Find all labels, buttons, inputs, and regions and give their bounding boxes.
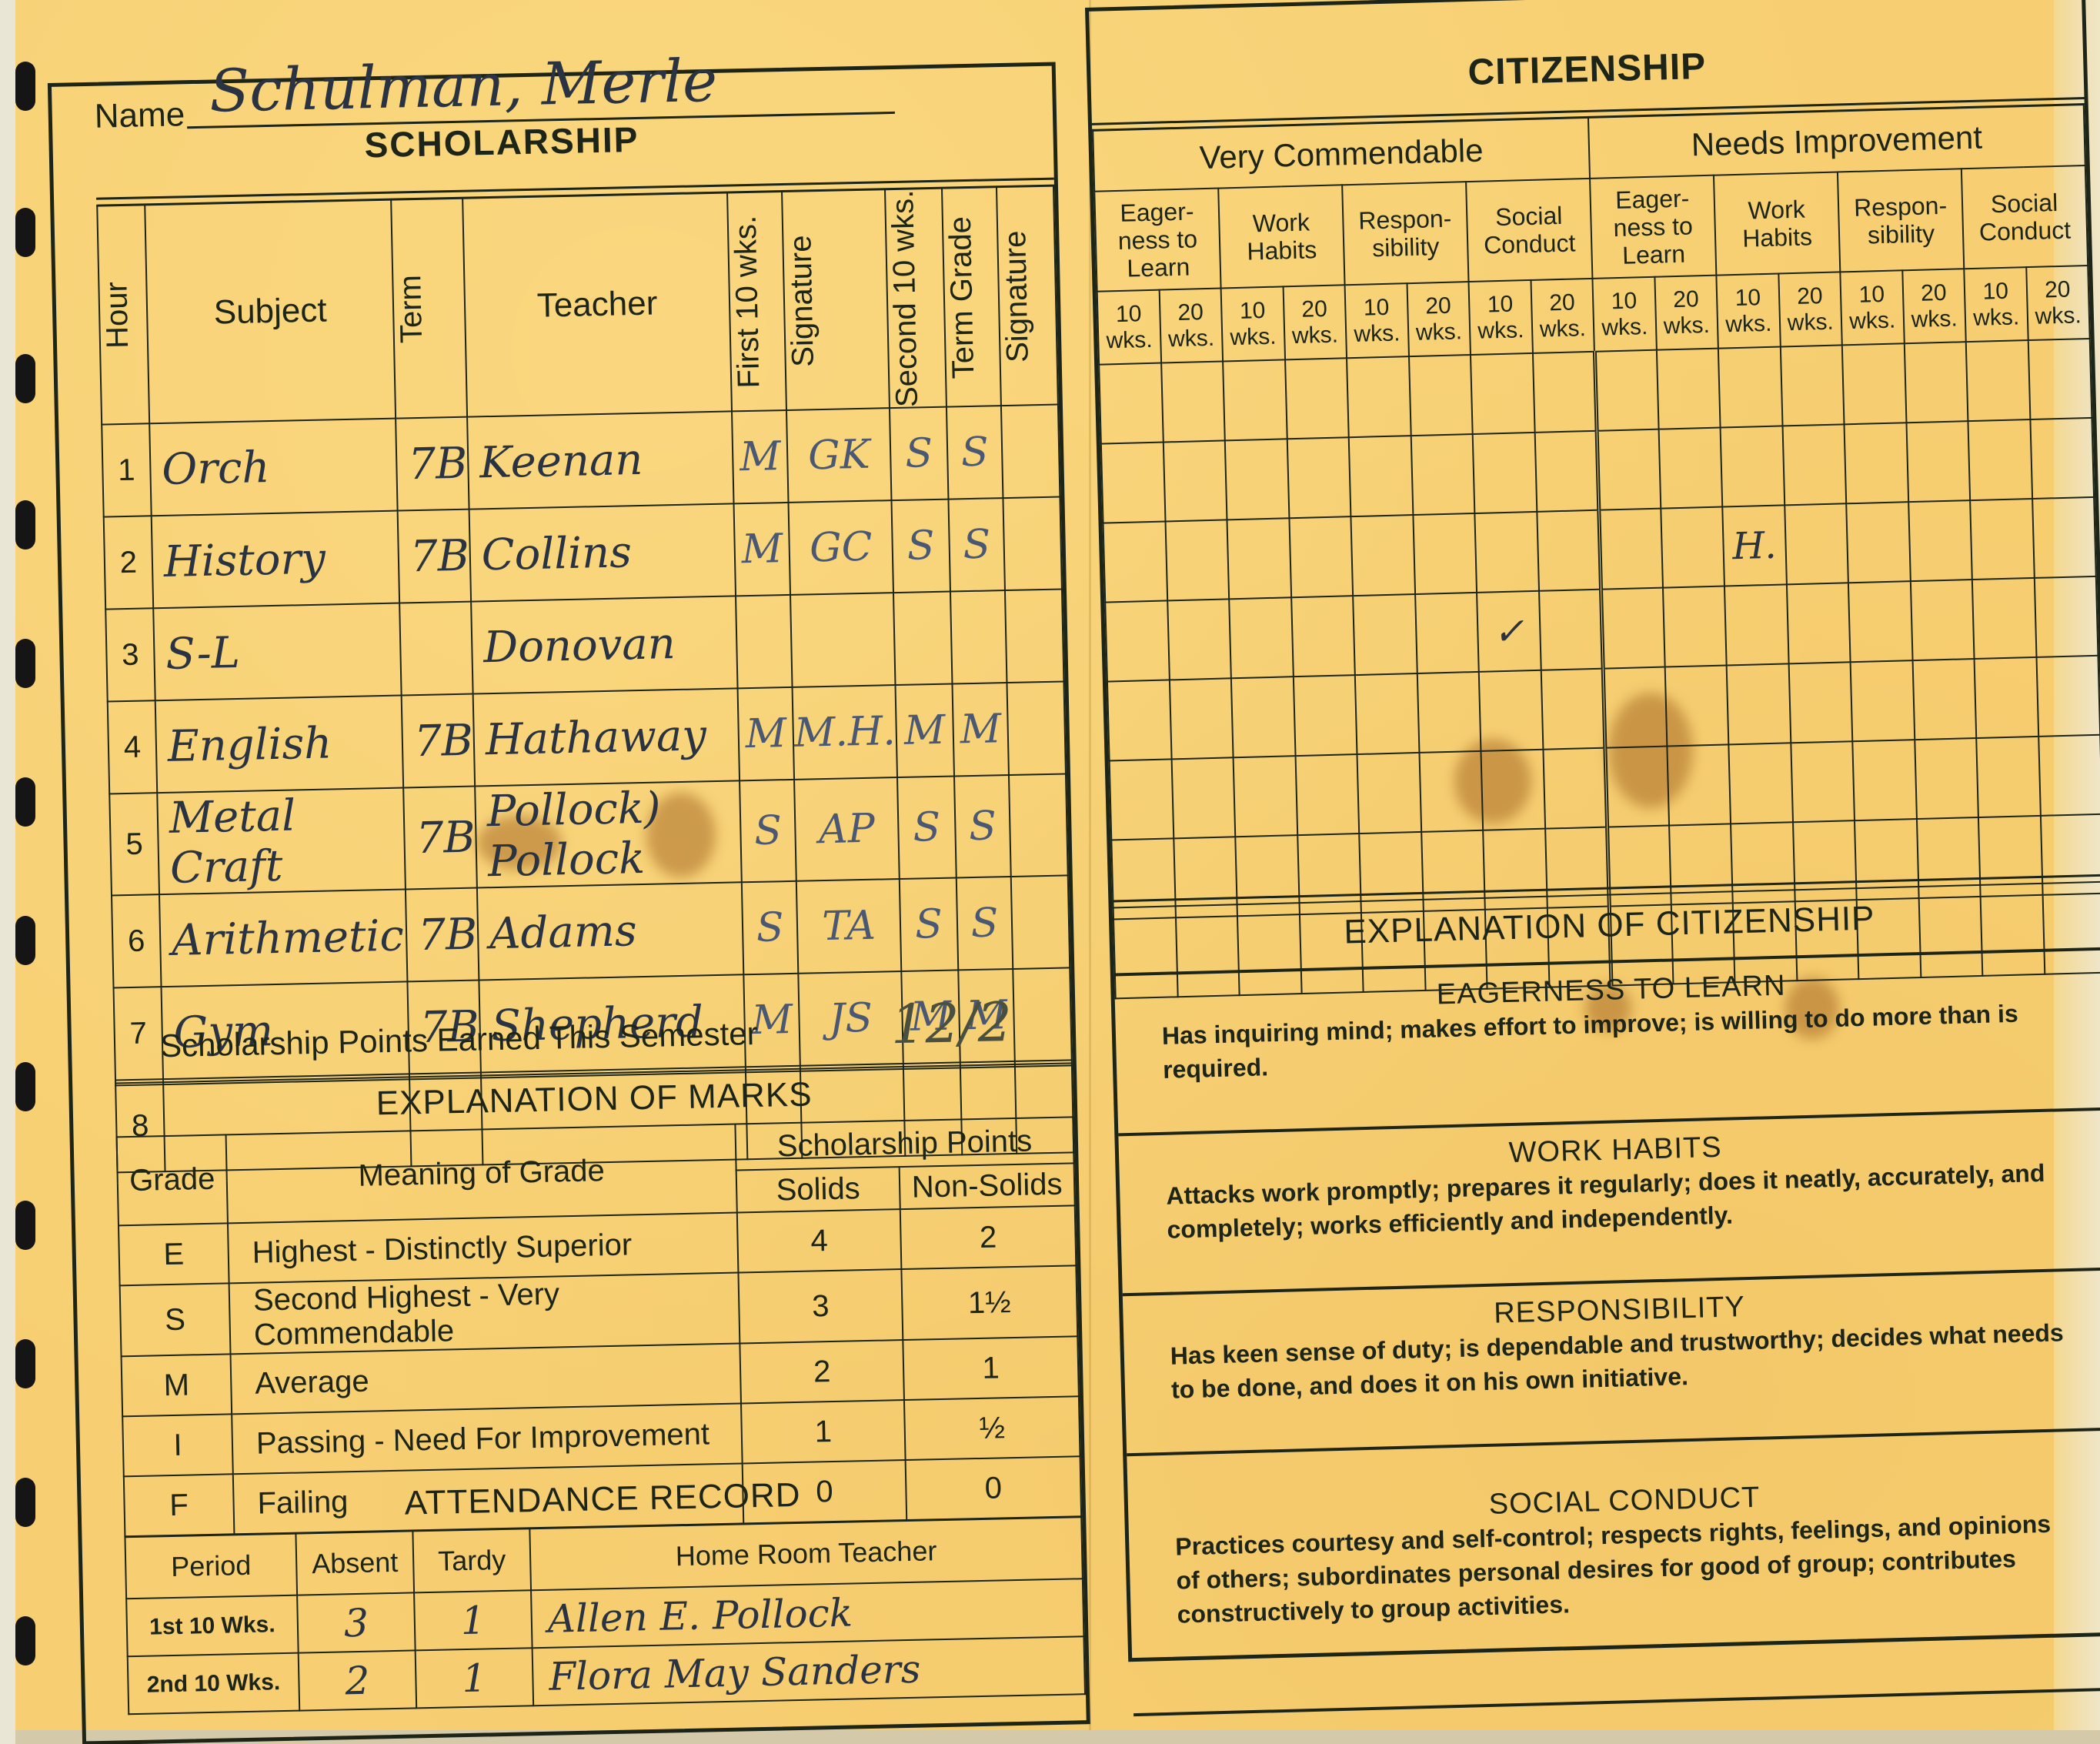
citizenship-cell — [1845, 423, 1908, 503]
marks-col-grade: Grade — [117, 1134, 228, 1225]
period-weeks: 20 — [1779, 282, 1840, 310]
cell-term: 7B — [396, 417, 469, 511]
citizenship-cell — [2034, 576, 2098, 657]
period-unit: wks. — [1099, 326, 1160, 354]
marks-col-meaning: Meaning of Grade — [226, 1124, 737, 1224]
cell-second10: S — [891, 499, 950, 593]
col-term: Term — [391, 199, 467, 419]
citizenship-cell — [1782, 424, 1846, 505]
period-unit: wks. — [1284, 322, 1345, 349]
period-unit: wks. — [1160, 325, 1221, 352]
citizenship-cell — [1285, 358, 1349, 439]
scholarship-page: Name Schulman, Merle SCHOLARSHIP Hour Su… — [46, 0, 1117, 1730]
period-unit: wks. — [1223, 323, 1284, 351]
trait-label: Work — [1220, 207, 1343, 238]
marks-meaning: Average — [231, 1344, 741, 1415]
period-weeks: 10 — [1594, 287, 1654, 315]
cell-sig2 — [1009, 774, 1068, 877]
marks-nonsolids: 1 — [903, 1336, 1079, 1400]
citizenship-cell — [1099, 363, 1163, 444]
cell-term-grade: S — [954, 775, 1011, 877]
citizenship-cell — [1417, 672, 1481, 753]
attendance-table: Period Absent Tardy Home Room Teacher 1s… — [124, 1516, 1086, 1715]
cell-hour: 5 — [109, 793, 159, 896]
citizenship-cell — [1721, 426, 1784, 506]
citizenship-cell — [1291, 596, 1355, 677]
period-header: 10wks. — [1840, 270, 1904, 345]
trait-label: Respon- — [1344, 204, 1467, 235]
citizenship-cell — [1161, 361, 1225, 442]
citizenship-cell — [1603, 667, 1667, 748]
cell-second10: M — [895, 684, 954, 778]
citizenship-cell — [1604, 747, 1668, 827]
citizenship-cell — [1724, 584, 1788, 665]
citizenship-cell — [1848, 581, 1912, 662]
cell-first10: M — [732, 410, 789, 503]
trait-label: Habits — [1716, 222, 1839, 252]
col-hour: Hour — [97, 205, 149, 425]
cell-term-grade — [950, 590, 1007, 683]
citizenship-cell — [1225, 439, 1289, 520]
binding-ring — [15, 1062, 35, 1111]
citizenship-cell — [1594, 350, 1658, 431]
col-signature-2: Signature — [997, 186, 1058, 406]
citizenship-cell — [1975, 657, 2038, 738]
binding-ring — [15, 500, 35, 550]
citizenship-cell — [1357, 753, 1421, 834]
cell-term-grade: S — [947, 406, 1003, 499]
cell-term-grade: S — [948, 498, 1005, 591]
citizenship-cell — [1289, 516, 1353, 597]
cell-first10 — [736, 595, 793, 688]
cell-term — [399, 602, 472, 696]
binding-ring — [15, 62, 35, 111]
col-signature-1: Signature — [782, 189, 890, 410]
period-unit: wks. — [1718, 310, 1779, 338]
points-label: Scholarship Points Earned This Semester — [160, 1015, 758, 1064]
cell-sig2 — [1007, 682, 1066, 776]
citizenship-cell — [1105, 600, 1169, 681]
trait-label: Eager- — [1096, 197, 1219, 228]
citizenship-cell — [1349, 436, 1413, 516]
period-unit: wks. — [1656, 312, 1717, 339]
period-unit: wks. — [1966, 304, 2027, 332]
period-unit: wks. — [1904, 306, 1965, 333]
trait-label: Respon- — [1839, 191, 1962, 222]
student-name: Schulman, Merle — [209, 46, 718, 125]
trait-header: SocialConduct — [1466, 179, 1592, 282]
cell-sig2 — [1011, 876, 1070, 970]
trait-label: sibility — [1840, 219, 1963, 249]
citizenship-cell — [1171, 757, 1235, 838]
citizenship-cell — [1664, 665, 1728, 746]
citizenship-cell — [1411, 434, 1474, 515]
citizenship-cell — [1788, 662, 1852, 743]
period-header: 20wks. — [1654, 276, 1718, 350]
period-weeks: 10 — [1470, 290, 1531, 318]
cell-term-grade: S — [957, 877, 1013, 970]
citizenship-cell — [1543, 748, 1607, 829]
period-header: 20wks. — [2026, 266, 2090, 340]
citizenship-cell — [1786, 583, 1850, 663]
citizenship-cell — [1842, 343, 1906, 424]
citizenship-cell — [1851, 660, 1915, 741]
att-col-period: Period — [125, 1534, 297, 1599]
citizenship-cell — [1107, 680, 1171, 760]
citizenship-cell — [1167, 599, 1231, 680]
cell-subject: Arithmetic — [159, 890, 408, 987]
citizenship-cell — [1915, 738, 1978, 819]
citizenship-cell — [1471, 353, 1534, 434]
citizenship-cell — [1409, 355, 1473, 436]
col-term-grade: Term Grade — [942, 187, 1001, 407]
trait-label: ness to — [1591, 212, 1714, 242]
cell-subject: History — [152, 511, 400, 609]
marks-grade: S — [120, 1283, 231, 1356]
period-weeks: 10 — [1222, 297, 1283, 325]
period-header: 20wks. — [1283, 285, 1347, 359]
citizenship-cell — [1791, 741, 1855, 822]
period-weeks: 10 — [1841, 281, 1902, 309]
citizenship-mark: H. — [1722, 505, 1786, 586]
cell-hour: 2 — [104, 516, 153, 610]
marks-meaning: Second Highest - Very Commendable — [229, 1273, 740, 1355]
citizenship-cell — [1355, 673, 1419, 754]
attendance-teacher: Flora May Sanders — [533, 1636, 1085, 1706]
period-unit: wks. — [1347, 320, 1407, 348]
cell-subject: Orch — [149, 419, 398, 516]
explanation-item: WORK HABITSAttacks work promptly; prepar… — [1118, 1108, 2100, 1294]
cell-teacher: Collins — [469, 504, 736, 602]
citizenship-cell — [1852, 740, 1916, 820]
cell-sig1: GK — [786, 409, 891, 503]
citizenship-cell — [1658, 428, 1722, 509]
cell-teacher: Donovan — [471, 596, 738, 694]
citizenship-cell — [1169, 678, 1233, 759]
citizenship-cell — [1970, 499, 2034, 580]
citizenship-cell — [1784, 503, 1848, 584]
citizenship-cell — [1780, 345, 1844, 426]
cell-teacher: Keenan — [467, 412, 734, 510]
attendance-absent: 2 — [299, 1650, 417, 1710]
cell-first10: M — [734, 503, 791, 596]
period-weeks: 10 — [1965, 278, 2026, 306]
period-header: 10wks. — [1345, 283, 1409, 358]
citizenship-cell — [1906, 421, 1970, 502]
marks-solids: 1 — [741, 1400, 906, 1463]
citizenship-cell — [2032, 497, 2096, 578]
cell-second10 — [893, 592, 953, 686]
cell-term: 7B — [406, 888, 479, 982]
cell-sig1: TA — [796, 879, 901, 974]
citizenship-cell — [1904, 342, 1968, 423]
marks-solids: 2 — [740, 1340, 904, 1403]
citizenship-cell — [1718, 347, 1782, 428]
citizenship-cell — [1968, 419, 2032, 500]
period-unit: wks. — [2028, 302, 2088, 330]
marks-nonsolids: ½ — [904, 1396, 1080, 1460]
citizenship-page: CITIZENSHIP Very Commendable Needs Impro… — [1085, 0, 2100, 1662]
cell-hour: 4 — [108, 701, 157, 794]
citizenship-cell — [1287, 437, 1350, 518]
citizenship-cell — [1661, 507, 1724, 588]
citizenship-cell — [1728, 743, 1792, 824]
citizenship-cell — [1908, 500, 1972, 581]
period-weeks: 20 — [1284, 296, 1344, 323]
citizenship-table: Very Commendable Needs Improvement Eager… — [1092, 103, 2100, 999]
marks-grade: M — [122, 1354, 232, 1416]
marks-col-nonsolids: Non-Solids — [900, 1163, 1075, 1209]
citizenship-cell — [1295, 754, 1359, 835]
citizenship-cell — [1229, 597, 1293, 678]
period-header: 20wks. — [1407, 282, 1471, 356]
period-weeks: 20 — [1655, 286, 1716, 313]
trait-label: sibility — [1344, 232, 1467, 262]
citizenship-cell — [1597, 429, 1661, 510]
citizenship-cell — [1976, 737, 2040, 817]
period-header: 10wks. — [1468, 280, 1532, 355]
period-header: 10wks. — [1716, 274, 1780, 349]
citizenship-cell — [1419, 751, 1483, 832]
binding-ring — [15, 916, 35, 965]
period-weeks: 10 — [1718, 284, 1778, 312]
trait-header: SocialConduct — [1961, 165, 2088, 269]
citizenship-cell — [1234, 756, 1297, 837]
citizenship-cell — [1415, 593, 1479, 673]
marks-nonsolids: 1½ — [901, 1265, 1077, 1340]
explanation-list: EAGERNESS TO LEARNHas inquiring mind; ma… — [1114, 947, 2100, 1716]
cell-first10: S — [740, 780, 796, 882]
period-weeks: 20 — [1407, 292, 1468, 320]
period-unit: wks. — [1532, 315, 1593, 342]
citizenship-mark: ✓ — [1477, 591, 1541, 672]
citizenship-cell — [1347, 356, 1411, 437]
period-header: 10wks. — [1592, 277, 1656, 352]
cell-teacher: Hathaway — [473, 689, 740, 787]
attendance-tardy: 1 — [414, 1590, 533, 1650]
trait-label: Learn — [1097, 252, 1220, 283]
period-weeks: 20 — [1903, 279, 1964, 307]
citizenship-cell — [1601, 588, 1664, 669]
trait-header: WorkHabits — [1218, 185, 1344, 288]
trait-header: Eager-ness toLearn — [1590, 175, 1716, 279]
cell-sig2 — [1001, 405, 1060, 499]
marks-meaning: Highest - Distinctly Superior — [228, 1213, 738, 1284]
marks-solids: 4 — [737, 1209, 902, 1272]
marks-meaning: Passing - Need For Improvement — [232, 1403, 742, 1474]
cell-sig2 — [1005, 590, 1063, 683]
citizenship-cell — [1481, 750, 1544, 830]
trait-header: Eager-ness toLearn — [1094, 189, 1220, 292]
period-header: 10wks. — [1097, 290, 1161, 365]
citizenship-cell — [1972, 578, 2036, 659]
period-header: 20wks. — [1159, 289, 1223, 363]
citizenship-cell — [1541, 669, 1604, 750]
cell-first10: M — [738, 687, 795, 780]
citizenship-cell — [1912, 659, 1976, 740]
period-weeks: 20 — [2027, 276, 2088, 304]
trait-label: Social — [1467, 201, 1591, 232]
trait-label: Habits — [1220, 235, 1344, 266]
citizenship-cell — [1350, 515, 1414, 596]
binding-ring — [15, 777, 35, 827]
col-second10: Second 10 wks. — [885, 189, 947, 409]
trait-label: ness to — [1096, 225, 1219, 256]
cell-second10: S — [900, 878, 959, 972]
period-header: 20wks. — [1902, 269, 1966, 343]
attendance-period: 1st 10 Wks. — [126, 1595, 299, 1657]
scholarship-row: 5Metal Craft7BPollock) PollockSAPSS — [109, 774, 1067, 896]
cell-subject: Metal Craft — [157, 788, 406, 895]
attendance-period: 2nd 10 Wks. — [128, 1653, 300, 1715]
trait-label: Social — [1963, 188, 2086, 219]
period-weeks: 10 — [1098, 300, 1159, 328]
citizenship-cell — [1293, 675, 1357, 756]
citizenship-cell — [2036, 656, 2100, 737]
cell-hour: 6 — [112, 895, 161, 988]
cell-first10: S — [742, 881, 799, 974]
citizenship-cell — [1532, 352, 1596, 433]
cell-term: 7B — [398, 510, 471, 603]
citizenship-cell — [1231, 677, 1295, 757]
citizenship-cell — [1223, 359, 1287, 440]
citizenship-cell — [2038, 735, 2100, 816]
period-header: 20wks. — [1778, 272, 1842, 346]
att-col-teacher: Home Room Teacher — [529, 1517, 1083, 1590]
cell-sig1: GC — [789, 501, 893, 596]
scholarship-title: SCHOLARSHIP — [364, 119, 639, 165]
citizenship-cell — [1598, 509, 1662, 590]
name-label: Name — [94, 95, 185, 135]
cell-second10: S — [897, 777, 957, 880]
binding-ring — [15, 1339, 35, 1388]
period-header: 10wks. — [1221, 286, 1285, 361]
citizenship-cell — [1910, 580, 1974, 660]
period-weeks: 10 — [1346, 294, 1407, 322]
citizenship-cell — [1662, 586, 1726, 667]
citizenship-cell — [2030, 418, 2094, 499]
cell-sig1: AP — [794, 777, 899, 881]
col-subject: Subject — [145, 200, 396, 424]
citizenship-cell — [1413, 513, 1477, 594]
citizenship-cell — [1110, 759, 1174, 840]
attendance-absent: 3 — [297, 1592, 416, 1652]
trait-label: Work — [1715, 194, 1838, 225]
period-weeks: 20 — [1531, 289, 1592, 316]
citizenship-cell — [1966, 340, 2030, 421]
trait-label: Learn — [1592, 239, 1715, 270]
period-unit: wks. — [1594, 313, 1655, 341]
citizenship-cell — [1534, 431, 1598, 512]
citizenship-cell — [1727, 663, 1791, 744]
cell-hour: 1 — [102, 424, 151, 517]
report-card-paper: Name Schulman, Merle SCHOLARSHIP Hour Su… — [15, 0, 2100, 1744]
citizenship-cell — [1479, 670, 1543, 751]
attendance-tardy: 1 — [416, 1648, 534, 1708]
citizenship-cell — [1667, 744, 1731, 825]
att-col-tardy: Tardy — [412, 1529, 531, 1592]
cell-sig1 — [790, 593, 895, 688]
cell-subject: English — [155, 696, 404, 793]
cell-sig1: M.H. — [793, 685, 897, 780]
citizenship-cell — [1353, 594, 1417, 675]
cell-teacher: Adams — [477, 883, 744, 981]
citizenship-cell — [1227, 518, 1290, 599]
marks-grade: E — [119, 1223, 229, 1285]
binding-ring — [15, 1478, 35, 1527]
period-unit: wks. — [1471, 316, 1531, 344]
binding-ring — [15, 1201, 35, 1250]
citizenship-cell — [1473, 433, 1537, 513]
period-unit: wks. — [1408, 319, 1469, 346]
trait-label: Eager- — [1591, 184, 1714, 215]
citizenship-cell — [1101, 443, 1165, 523]
citizenship-cell — [1163, 440, 1227, 521]
explanation-item: RESPONSIBILITYHas keen sense of duty; is… — [1123, 1268, 2100, 1454]
att-col-absent: Absent — [295, 1531, 414, 1595]
col-first10: First 10 wks. — [727, 192, 786, 412]
citizenship-cell — [1539, 590, 1603, 670]
col-teacher: Teacher — [462, 193, 732, 418]
period-weeks: 20 — [1160, 299, 1220, 326]
explanation-item: EAGERNESS TO LEARNHas inquiring mind; ma… — [1114, 947, 2100, 1134]
cell-subject: S-L — [153, 603, 402, 701]
cell-term: 7B — [403, 787, 477, 890]
citizenship-cell — [1474, 512, 1538, 593]
trait-header: Respon-sibility — [1342, 182, 1468, 285]
trait-label: Conduct — [1964, 215, 2087, 246]
period-header: 20wks. — [1531, 279, 1594, 353]
cell-sig2 — [1003, 497, 1062, 591]
citizenship-cell — [1165, 520, 1229, 600]
marks-grade: I — [122, 1414, 233, 1476]
cell-term: 7B — [402, 694, 475, 788]
citizenship-cell — [2028, 339, 2092, 419]
citizenship-cell — [1846, 502, 1910, 583]
binding-ring — [15, 208, 35, 257]
cell-teacher: Pollock) Pollock — [475, 781, 742, 888]
trait-header: Respon-sibility — [1838, 169, 1964, 272]
binding-ring — [15, 354, 35, 403]
marks-col-solids: Solids — [736, 1167, 900, 1212]
period-unit: wks. — [1842, 307, 1903, 335]
period-unit: wks. — [1780, 309, 1841, 336]
points-value: 12/2 — [890, 991, 1013, 1056]
marks-nonsolids: 2 — [900, 1205, 1077, 1269]
binding-ring — [15, 639, 35, 688]
period-header: 10wks. — [1964, 267, 2028, 342]
trait-label: Conduct — [1468, 229, 1591, 259]
binding-ring — [15, 1616, 35, 1665]
marks-solids: 3 — [738, 1269, 903, 1343]
trait-header: WorkHabits — [1714, 172, 1840, 275]
citizenship-cell — [1103, 522, 1167, 603]
explanation-item: SOCIAL CONDUCTPractices courtesy and sel… — [1127, 1427, 2100, 1713]
cell-term-grade: M — [953, 683, 1010, 776]
citizenship-cell — [1656, 349, 1720, 429]
cell-hour: 3 — [105, 609, 155, 702]
citizenship-cell — [1537, 510, 1601, 591]
cell-second10: S — [890, 407, 949, 501]
marks-col-points: Scholarship Points — [735, 1117, 1073, 1170]
